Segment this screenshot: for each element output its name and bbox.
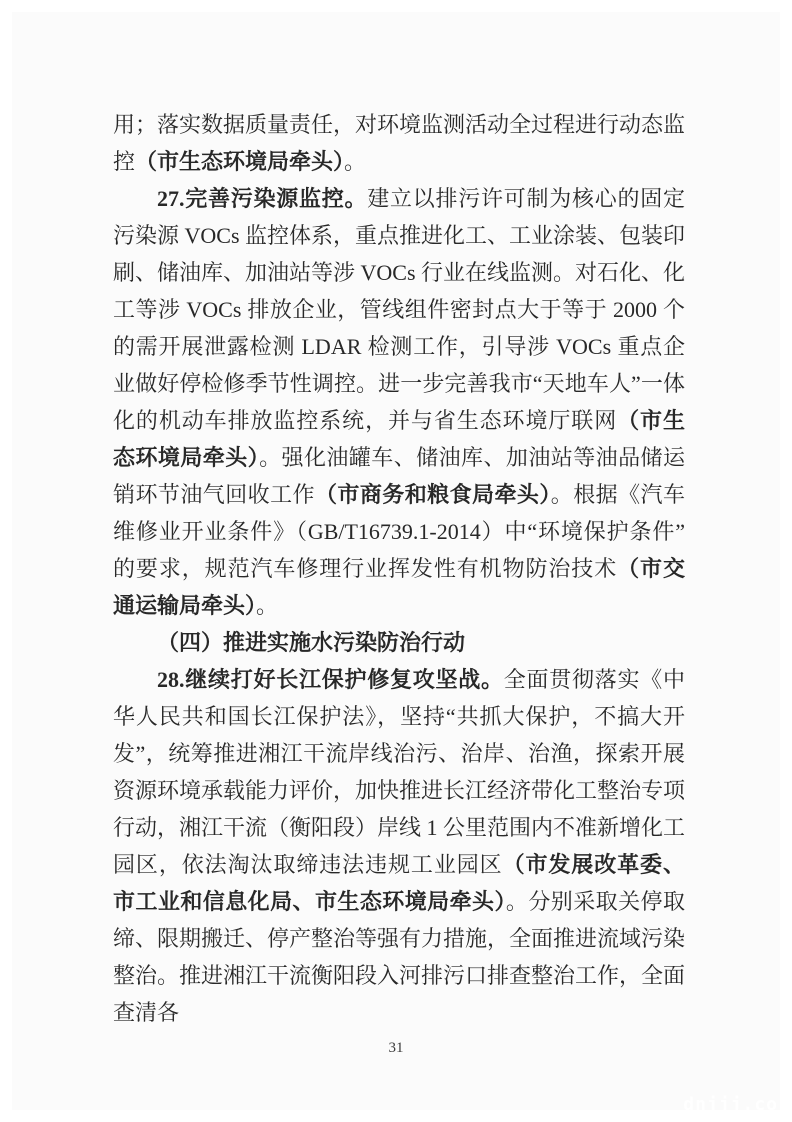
page-number: 31: [12, 1040, 780, 1057]
body-text: 建立以排污许可制为核心的固定污染源 VOCs 监控体系，重点推进化工、工业涂装、…: [113, 186, 685, 433]
document-page: 用；落实数据质量责任，对环境监测活动全过程进行动态监控（市生态环境局牵头）。 2…: [12, 12, 780, 1110]
section-heading-text: （四）推进实施水污染防治行动: [157, 630, 465, 655]
paragraph-28: 28.继续打好长江保护修复攻坚战。全面贯彻落实《中华人民共和国长江保护法》，坚持…: [113, 661, 685, 1031]
document-body: 用；落实数据质量责任，对环境监测活动全过程进行动态监控（市生态环境局牵头）。 2…: [113, 106, 685, 1031]
item-lead-28: 28.继续打好长江保护修复攻坚战。: [157, 667, 504, 692]
item-lead-27: 27.完善污染源监控。: [157, 186, 367, 211]
body-text: 。: [344, 149, 366, 174]
body-text: 。: [256, 593, 278, 618]
paragraph-26-continuation: 用；落实数据质量责任，对环境监测活动全过程进行动态监控（市生态环境局牵头）。: [113, 106, 685, 180]
paragraph-27: 27.完善污染源监控。建立以排污许可制为核心的固定污染源 VOCs 监控体系，重…: [113, 180, 685, 624]
watermark: dnjjj.co: [683, 1094, 778, 1110]
section-heading-4: （四）推进实施水污染防治行动: [113, 624, 685, 661]
department-attribution: （市生态环境局牵头）: [135, 149, 344, 174]
department-attribution: （市商务和粮食局牵头）: [315, 482, 551, 507]
body-text: 全面贯彻落实《中华人民共和国长江保护法》，坚持“共抓大保护，不搞大开发”，统筹推…: [113, 667, 685, 877]
